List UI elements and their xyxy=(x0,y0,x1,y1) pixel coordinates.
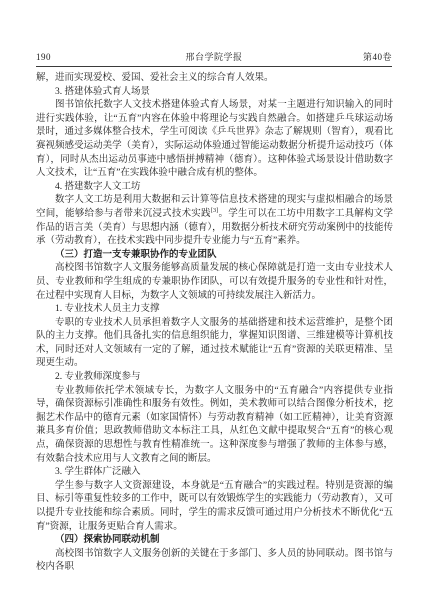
body-paragraph: 高校图书馆数字人文服务创新的关键在于多部门、多人员的协同联动。图书馆与校内各职 xyxy=(36,548,393,575)
body-paragraph: 学生参与数字人文资源建设，本身就是“五育融合”的实践过程。特别是资源的编目、标引… xyxy=(36,480,393,534)
journal-title: 邢台学院学报 xyxy=(116,50,312,63)
body-paragraph: 高校图书馆数字人文服务能够高质量发展的核心保障就是打造一支由专业技术人员、专业教… xyxy=(36,262,393,303)
body-paragraph: 专职的专业技术人员承担着数字人文服务的基础搭建和技术运营维护，是整个团队的主力支… xyxy=(36,317,393,371)
subsection-heading: 4. 搭建数字人文工坊 xyxy=(36,181,393,195)
body-paragraph: 专业教师依托学术领域专长，为数字人文服务中的“五育融合”内容提供专业指导，确保资… xyxy=(36,385,393,467)
subsection-heading: 3. 学生群体广泛融入 xyxy=(36,466,393,480)
article-body: 解，进而实现爱校、爱国、爱社会主义的综合育人效果。 3. 搭建体验式育人场景 图… xyxy=(36,72,393,575)
header-rule xyxy=(36,66,392,67)
section-heading: （三）打造一支专兼职协作的专业团队 xyxy=(36,249,393,263)
subsection-heading: 1. 专业技术人员主力支撑 xyxy=(36,303,393,317)
body-paragraph: 图书馆依托数字人文技术搭建体验式育人场景，对某一主题进行知识输入的同时进行实践体… xyxy=(36,99,393,181)
volume-label: 第40卷 xyxy=(312,50,392,63)
running-header: 190 邢台学院学报 第40卷 xyxy=(36,50,392,63)
subsection-heading: 2. 专业教师深度参与 xyxy=(36,371,393,385)
journal-page: 190 邢台学院学报 第40卷 解，进而实现爱校、爱国、爱社会主义的综合育人效果… xyxy=(0,0,427,603)
subsection-heading: 3. 搭建体验式育人场景 xyxy=(36,86,393,100)
page-number: 190 xyxy=(36,52,116,62)
continued-paragraph: 解，进而实现爱校、爱国、爱社会主义的综合育人效果。 xyxy=(36,72,393,86)
body-paragraph-with-citation: 数字人文工坊是利用大数据和云计算等信息技术搭建的现实与虚拟相融合的场景空间，能够… xyxy=(36,194,393,248)
section-heading: （四）探索协同联动机制 xyxy=(36,534,393,548)
